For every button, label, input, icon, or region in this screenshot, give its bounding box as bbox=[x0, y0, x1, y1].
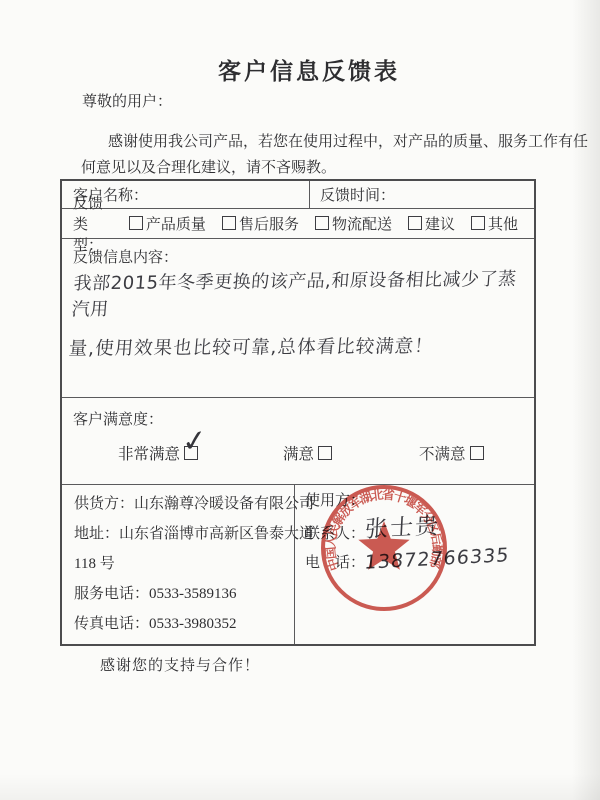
scanned-feedback-form: 客户信息反馈表 尊敬的用户： 感谢使用我公司产品，若您在使用过程中，对产品的质量… bbox=[0, 0, 600, 800]
fax-number: 0533-3980352 bbox=[149, 616, 237, 632]
supplier-service-phone-line: 服务电话：0533-3589136 bbox=[74, 584, 294, 604]
supplier-name: 山东瀚尊冷暖设备有限公司 bbox=[134, 496, 314, 512]
checkbox-logistics bbox=[315, 216, 329, 230]
supplier-address-label: 地址： bbox=[74, 526, 119, 542]
satisfaction-option-label: 非常满意 bbox=[118, 446, 180, 463]
type-option-suggestion: 建议 bbox=[408, 213, 455, 234]
satisfaction-option-unsatisfied: 不满意 bbox=[419, 442, 484, 464]
seal-graphic: 中国人民解放军湖北省十堰军分区后勤部 bbox=[316, 480, 452, 616]
type-option-label: 其他 bbox=[488, 213, 518, 234]
row-name-time: 客户名称： 反馈时间： bbox=[62, 181, 534, 209]
satisfaction-option-label: 满意 bbox=[283, 446, 314, 463]
page-title: 客户信息反馈表 bbox=[0, 53, 600, 86]
feedback-content-label: 反馈信息内容： bbox=[73, 250, 178, 266]
closing-line: 感谢您的支持与合作！ bbox=[100, 654, 260, 675]
feedback-time-cell: 反馈时间： bbox=[310, 181, 534, 208]
salutation: 尊敬的用户： bbox=[82, 90, 172, 111]
supplier-fax-line: 传真电话：0533-3980352 bbox=[74, 614, 294, 634]
type-option-logistics: 物流配送 bbox=[315, 213, 392, 234]
type-option-label: 产品质量 bbox=[146, 213, 206, 234]
scan-shadow-right bbox=[572, 0, 600, 800]
satisfaction-option-satisfied: 满意 bbox=[283, 442, 332, 464]
feedback-time-label: 反馈时间： bbox=[320, 184, 395, 205]
supplier-name-line: 供货方：山东瀚尊冷暖设备有限公司 bbox=[74, 494, 294, 514]
type-option-other: 其他 bbox=[471, 213, 518, 234]
satisfaction-label: 客户满意度： bbox=[73, 408, 163, 429]
type-option-label: 售后服务 bbox=[239, 213, 299, 234]
checkbox-unsatisfied bbox=[470, 446, 484, 460]
supplier-address-line2: 118 号 bbox=[74, 554, 294, 574]
scan-shadow-bottom bbox=[0, 774, 600, 800]
row-feedback-type: 反馈类型： 产品质量 售后服务 物流配送 建议 其他 bbox=[62, 209, 534, 239]
type-option-product-quality: 产品质量 bbox=[129, 213, 206, 234]
intro-line-1: 感谢使用我公司产品，若您在使用过程中，对产品的质量、服务工作有任 bbox=[108, 130, 588, 151]
checkbox-satisfied bbox=[318, 446, 332, 460]
type-option-label: 建议 bbox=[425, 213, 455, 234]
satisfaction-option-very-satisfied: 非常满意✓ bbox=[118, 442, 198, 464]
supplier-label: 供货方： bbox=[74, 496, 134, 512]
satisfaction-option-label: 不满意 bbox=[419, 446, 466, 463]
checkbox-other bbox=[471, 216, 485, 230]
supplier-address-line: 地址：山东省淄博市高新区鲁泰大道 bbox=[74, 524, 294, 544]
checkbox-suggestion bbox=[408, 216, 422, 230]
type-option-label: 物流配送 bbox=[332, 213, 392, 234]
seal-star-icon bbox=[358, 521, 409, 570]
handwritten-feedback-line2: 量,使用效果也比较可靠,总体看比较满意！ bbox=[68, 331, 527, 360]
supplier-cell: 供货方：山东瀚尊冷暖设备有限公司 地址：山东省淄博市高新区鲁泰大道 118 号 … bbox=[62, 485, 295, 644]
service-phone-number: 0533-3589136 bbox=[149, 586, 237, 602]
type-option-after-sales: 售后服务 bbox=[222, 213, 299, 234]
supplier-address: 山东省淄博市高新区鲁泰大道 bbox=[119, 526, 314, 542]
fax-label: 传真电话： bbox=[74, 616, 149, 632]
handwritten-feedback-line1: 我部2015年冬季更换的该产品,和原设备相比减少了蒸汽用 bbox=[71, 265, 528, 322]
row-parties: 供货方：山东瀚尊冷暖设备有限公司 地址：山东省淄博市高新区鲁泰大道 118 号 … bbox=[62, 485, 534, 644]
checkbox-after-sales bbox=[222, 216, 236, 230]
checkbox-very-satisfied: ✓ bbox=[184, 446, 198, 460]
intro-line-2: 何意见以及合理化建议，请不吝赐教。 bbox=[81, 156, 336, 177]
service-phone-label: 服务电话： bbox=[74, 586, 149, 602]
feedback-form-table: 客户名称： 反馈时间： 反馈类型： 产品质量 售后服务 物流配送 建议 bbox=[60, 179, 536, 646]
handwritten-checkmark: ✓ bbox=[181, 426, 209, 458]
red-official-seal: 中国人民解放军湖北省十堰军分区后勤部 bbox=[316, 480, 452, 616]
row-satisfaction: 客户满意度： 非常满意✓ 满意 不满意 bbox=[62, 398, 534, 485]
checkbox-product-quality bbox=[129, 216, 143, 230]
row-feedback-content: 反馈信息内容： 我部2015年冬季更换的该产品,和原设备相比减少了蒸汽用 量,使… bbox=[62, 239, 534, 398]
